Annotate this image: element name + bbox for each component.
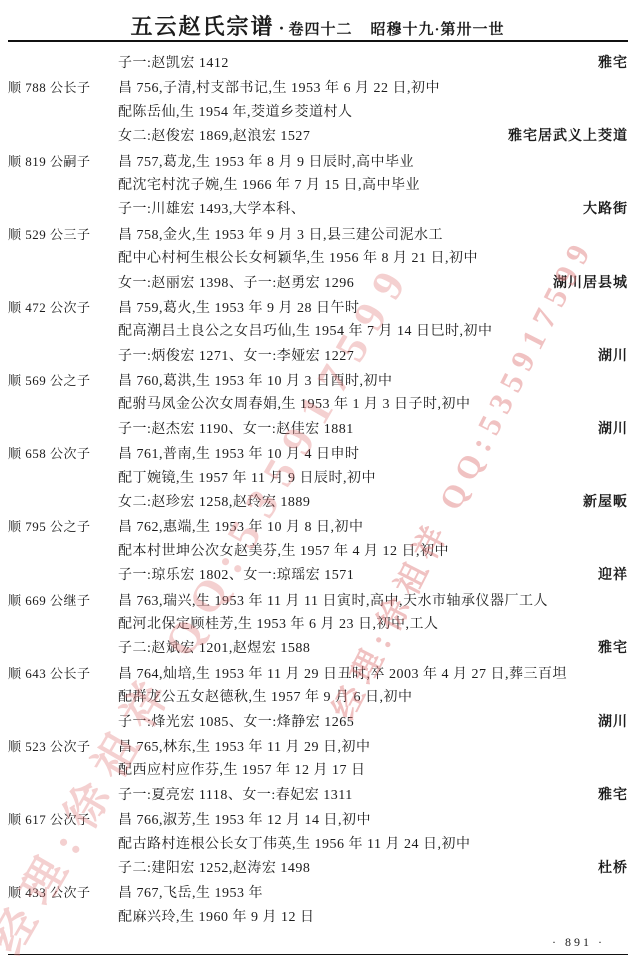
record-text: 子一:赵凯宏 1412 [118, 52, 598, 76]
genealogy-row: 顺 819 公嗣子 昌 757,葛龙,生 1953 年 8 月 9 日辰时,高中… [8, 150, 628, 174]
generation-label: 顺 617 公次子 [8, 808, 118, 832]
residence-place: 新屋畈 [583, 491, 628, 515]
residence-place: 湖川 [598, 418, 628, 442]
page-header: 五云赵氏宗谱·卷四十二昭穆十九·第卅一世 [0, 10, 635, 41]
record-text: 配西应村应作芬,生 1957 年 12 月 17 日 [118, 759, 628, 783]
record-text: 昌 760,葛洪,生 1953 年 10 月 3 日酉时,初中 [118, 370, 628, 394]
record-text: 配高潮吕土良公之女吕巧仙,生 1954 年 7 月 14 日巳时,初中 [118, 320, 628, 344]
record-text: 昌 765,林东,生 1953 年 11 月 29 日,初中 [118, 736, 628, 760]
generation-label: 顺 658 公次子 [8, 442, 118, 466]
genealogy-row: 配沈宅村沈子婉,生 1966 年 7 月 15 日,高中毕业 [8, 174, 628, 198]
residence-place: 大路街 [583, 198, 628, 222]
genealogy-row: 配麻兴玲,生 1960 年 9 月 12 日 [8, 906, 628, 930]
genealogy-row: 配陈岳仙,生 1954 年,茭道乡茭道村人 [8, 101, 628, 125]
genealogy-row: 子一:夏亮宏 1118、女一:春妃宏 1311 雅宅 [8, 784, 628, 808]
record-text: 昌 756,子清,村支部书记,生 1953 年 6 月 22 日,初中 [118, 77, 628, 101]
records-list: 子一:赵凯宏 1412 雅宅 顺 788 公长子 昌 756,子清,村支部书记,… [8, 52, 628, 930]
record-text: 子一:川雄宏 1493,大学本科、 [118, 198, 583, 222]
record-text: 配陈岳仙,生 1954 年,茭道乡茭道村人 [118, 101, 628, 125]
genealogy-row: 顺 658 公次子 昌 761,普南,生 1953 年 10 月 4 日申时 [8, 442, 628, 466]
volume-title: 卷四十二 [289, 22, 353, 38]
record-text: 女二:赵俊宏 1869,赵浪宏 1527 [118, 125, 508, 149]
record-text: 配中心村柯生根公长女柯颖华,生 1956 年 8 月 21 日,初中 [118, 247, 628, 271]
record-text: 昌 763,瑞兴,生 1953 年 11 月 11 日寅时,高中,天水市轴承仪器… [118, 590, 628, 614]
genealogy-row: 子一:琼乐宏 1802、女一:琼瑶宏 1571 迎祥 [8, 564, 628, 588]
genealogy-row: 配西应村应作芬,生 1957 年 12 月 17 日 [8, 759, 628, 783]
record-text: 女二:赵珍宏 1258,赵玲宏 1889 [118, 491, 583, 515]
record-text: 昌 757,葛龙,生 1953 年 8 月 9 日辰时,高中毕业 [118, 151, 628, 175]
genealogy-row: 配高潮吕土良公之女吕巧仙,生 1954 年 7 月 14 日巳时,初中 [8, 320, 628, 344]
genealogy-row: 顺 472 公次子 昌 759,葛火,生 1953 年 9 月 28 日午时 [8, 296, 628, 320]
genealogy-row: 顺 529 公三子 昌 758,金火,生 1953 年 9 月 3 日,县三建公… [8, 223, 628, 247]
genealogy-row: 子二:赵斌宏 1201,赵煜宏 1588 雅宅 [8, 637, 628, 661]
residence-place: 杜桥 [598, 857, 628, 881]
genealogy-row: 配丁婉镜,生 1957 年 11 月 9 日辰时,初中 [8, 467, 628, 491]
generation-label: 顺 669 公继子 [8, 589, 118, 613]
record-text: 昌 759,葛火,生 1953 年 9 月 28 日午时 [118, 297, 628, 321]
genealogy-row: 配驸马凤金公次女周春娟,生 1953 年 1 月 3 日子时,初中 [8, 393, 628, 417]
record-text: 配群龙公五女赵德秋,生 1957 年 9 月 6 日,初中 [118, 686, 628, 710]
genealogy-row: 顺 643 公长子 昌 764,灿培,生 1953 年 11 月 29 日丑时,… [8, 662, 628, 686]
genealogy-row: 顺 788 公长子 昌 756,子清,村支部书记,生 1953 年 6 月 22… [8, 76, 628, 100]
genealogy-row: 顺 795 公之子 昌 762,惠端,生 1953 年 10 月 8 日,初中 [8, 515, 628, 539]
record-text: 子一:烽光宏 1085、女一:烽静宏 1265 [118, 711, 598, 735]
record-text: 昌 762,惠端,生 1953 年 10 月 8 日,初中 [118, 516, 628, 540]
title-separator: · [278, 18, 284, 38]
record-text: 配古路村连根公长女丁伟英,生 1956 年 11 月 24 日,初中 [118, 833, 628, 857]
record-text: 配麻兴玲,生 1960 年 9 月 12 日 [118, 906, 628, 930]
genealogy-row: 子一:炳俊宏 1271、女一:李娅宏 1227 湖川 [8, 345, 628, 369]
record-text: 配河北保定顾桂芳,生 1953 年 6 月 23 日,初中,工人 [118, 613, 628, 637]
residence-place: 湖川 [598, 711, 628, 735]
record-text: 配沈宅村沈子婉,生 1966 年 7 月 15 日,高中毕业 [118, 174, 628, 198]
genealogy-page: 五云赵氏宗谱·卷四十二昭穆十九·第卅一世 子一:赵凯宏 1412 雅宅 顺 78… [0, 0, 635, 968]
residence-place: 迎祥 [598, 564, 628, 588]
generation-label: 顺 433 公次子 [8, 881, 118, 905]
record-text: 女一:赵丽宏 1398、子一:赵勇宏 1296 [118, 272, 553, 296]
record-text: 昌 764,灿培,生 1953 年 11 月 29 日丑时,卒 2003 年 4… [118, 663, 628, 687]
residence-place: 雅宅 [598, 637, 628, 661]
residence-place: 湖川 [598, 345, 628, 369]
genealogy-row: 子一:赵杰宏 1190、女一:赵佳宏 1881 湖川 [8, 418, 628, 442]
genealogy-row: 女二:赵珍宏 1258,赵玲宏 1889 新屋畈 [8, 491, 628, 515]
genealogy-row: 子一:川雄宏 1493,大学本科、 大路街 [8, 198, 628, 222]
header-divider [8, 40, 628, 42]
record-text: 配丁婉镜,生 1957 年 11 月 9 日辰时,初中 [118, 467, 628, 491]
genealogy-row: 顺 433 公次子 昌 767,飞岳,生 1953 年 [8, 881, 628, 905]
genealogy-row: 配河北保定顾桂芳,生 1953 年 6 月 23 日,初中,工人 [8, 613, 628, 637]
record-text: 昌 761,普南,生 1953 年 10 月 4 日申时 [118, 443, 628, 467]
residence-place: 雅宅 [598, 52, 628, 76]
residence-place: 雅宅 [598, 784, 628, 808]
record-text: 昌 766,淑芳,生 1953 年 12 月 14 日,初中 [118, 809, 628, 833]
generation-label: 顺 643 公长子 [8, 662, 118, 686]
genealogy-row: 配古路村连根公长女丁伟英,生 1956 年 11 月 24 日,初中 [8, 833, 628, 857]
generation-label: 顺 788 公长子 [8, 76, 118, 100]
genealogy-row: 顺 669 公继子 昌 763,瑞兴,生 1953 年 11 月 11 日寅时,… [8, 589, 628, 613]
generation-label: 顺 472 公次子 [8, 296, 118, 320]
record-text: 昌 758,金火,生 1953 年 9 月 3 日,县三建公司泥水工 [118, 224, 628, 248]
book-title: 五云赵氏宗谱 [130, 14, 274, 39]
record-text: 子一:琼乐宏 1802、女一:琼瑶宏 1571 [118, 564, 598, 588]
generation-label: 顺 529 公三子 [8, 223, 118, 247]
genealogy-row: 子一:赵凯宏 1412 雅宅 [8, 52, 628, 76]
genealogy-row: 女一:赵丽宏 1398、子一:赵勇宏 1296 湖川居县城 [8, 272, 628, 296]
record-text: 配驸马凤金公次女周春娟,生 1953 年 1 月 3 日子时,初中 [118, 393, 628, 417]
record-text: 子二:建阳宏 1252,赵涛宏 1498 [118, 857, 598, 881]
genealogy-row: 配群龙公五女赵德秋,生 1957 年 9 月 6 日,初中 [8, 686, 628, 710]
footer-divider [8, 954, 628, 955]
record-text: 子一:炳俊宏 1271、女一:李娅宏 1227 [118, 345, 598, 369]
residence-place: 雅宅居武义上茭道 [508, 125, 628, 149]
generation-label: 顺 523 公次子 [8, 735, 118, 759]
record-text: 子一:赵杰宏 1190、女一:赵佳宏 1881 [118, 418, 598, 442]
generation-label: 顺 569 公之子 [8, 369, 118, 393]
genealogy-row: 顺 523 公次子 昌 765,林东,生 1953 年 11 月 29 日,初中 [8, 735, 628, 759]
genealogy-row: 子一:烽光宏 1085、女一:烽静宏 1265 湖川 [8, 711, 628, 735]
genealogy-row: 顺 569 公之子 昌 760,葛洪,生 1953 年 10 月 3 日酉时,初… [8, 369, 628, 393]
record-text: 子一:夏亮宏 1118、女一:春妃宏 1311 [118, 784, 598, 808]
genealogy-row: 子二:建阳宏 1252,赵涛宏 1498 杜桥 [8, 857, 628, 881]
generation-label: 顺 819 公嗣子 [8, 150, 118, 174]
genealogy-row: 配中心村柯生根公长女柯颖华,生 1956 年 8 月 21 日,初中 [8, 247, 628, 271]
genealogy-row: 配本村世坤公次女赵美芬,生 1957 年 4 月 12 日,初中 [8, 540, 628, 564]
record-text: 配本村世坤公次女赵美芬,生 1957 年 4 月 12 日,初中 [118, 540, 628, 564]
residence-place: 湖川居县城 [553, 272, 628, 296]
page-number: · 891 · [552, 935, 605, 950]
genealogy-row: 女二:赵俊宏 1869,赵浪宏 1527 雅宅居武义上茭道 [8, 125, 628, 149]
generation-label: 顺 795 公之子 [8, 515, 118, 539]
generation-title: 昭穆十九·第卅一世 [371, 22, 505, 38]
genealogy-row: 顺 617 公次子 昌 766,淑芳,生 1953 年 12 月 14 日,初中 [8, 808, 628, 832]
record-text: 子二:赵斌宏 1201,赵煜宏 1588 [118, 637, 598, 661]
record-text: 昌 767,飞岳,生 1953 年 [118, 882, 628, 906]
